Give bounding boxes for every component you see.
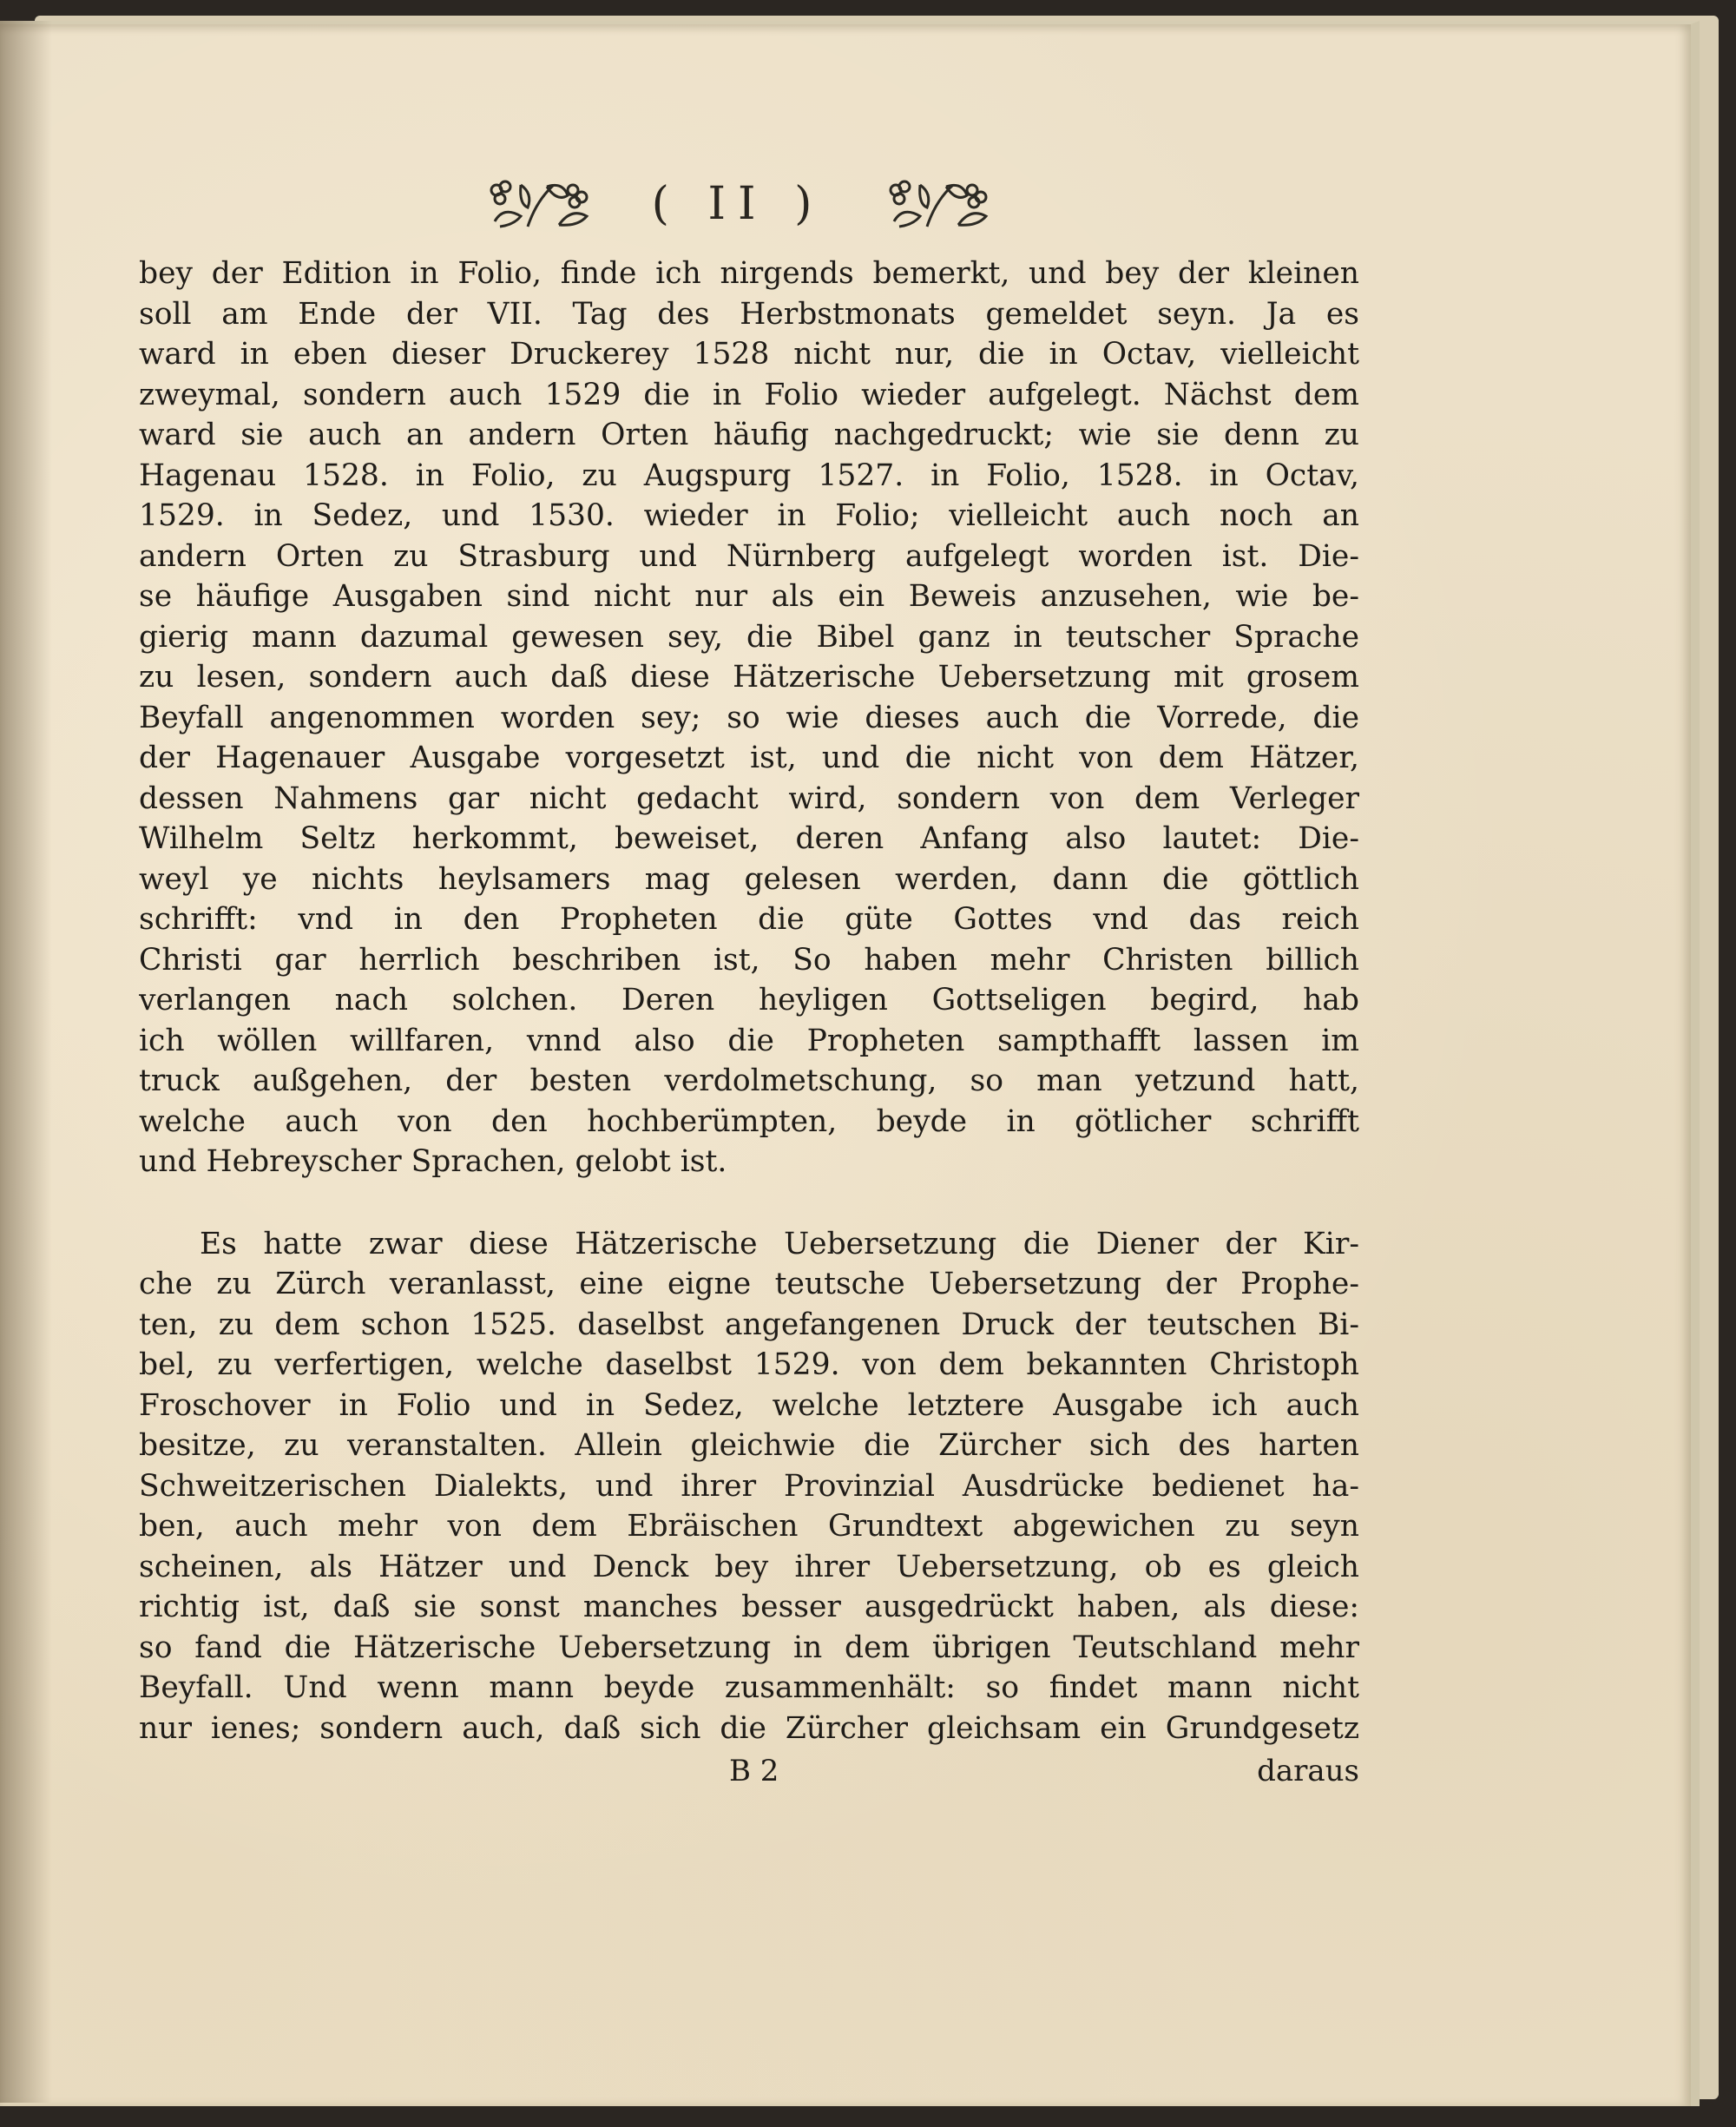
text-line: Wilhelm Seltz herkommt, beweiset, deren …	[139, 819, 1359, 859]
page-footer: B 2 daraus	[139, 1754, 1359, 1797]
text-line: besitze, zu veranstalten. Allein gleichw…	[139, 1426, 1359, 1466]
text-line: dessen Nahmens gar nicht gedacht wird, s…	[139, 779, 1359, 820]
text-line: soll am Ende der VII. Tag des Herbstmona…	[139, 294, 1359, 335]
catchword: daraus	[1257, 1754, 1359, 1788]
text-line: che zu Zürch veranlasst, eine eigne teut…	[139, 1264, 1359, 1305]
text-line: der Hagenauer Ausgabe vorgesetzt ist, un…	[139, 738, 1359, 779]
text-line: richtig ist, daß sie sonst manches besse…	[139, 1587, 1359, 1628]
text-line: Hagenau 1528. in Folio, zu Augspurg 1527…	[139, 456, 1359, 497]
vine-ornament-left-icon	[486, 178, 590, 230]
signature-mark: B 2	[729, 1754, 779, 1788]
text-line: Beyfall angenommen worden sey; so wie di…	[139, 698, 1359, 739]
text-line: zweymal, sondern auch 1529 die in Folio …	[139, 375, 1359, 416]
paragraph-1: bey der Edition in Folio, finde ich nirg…	[139, 254, 1359, 1182]
running-header: ( II )	[486, 174, 990, 234]
text-line: ben, auch mehr von dem Ebräischen Grundt…	[139, 1506, 1359, 1547]
text-line: welche auch von den hochberümpten, beyde…	[139, 1102, 1359, 1143]
text-line: Schweitzerischen Dialekts, und ihrer Pro…	[139, 1466, 1359, 1507]
text-line: Christi gar herrlich beschriben ist, So …	[139, 940, 1359, 981]
text-line: verlangen nach solchen. Deren heyligen G…	[139, 980, 1359, 1021]
text-line: bel, zu verfertigen, welche daselbst 152…	[139, 1345, 1359, 1386]
text-line: weyl ye nichts heylsamers mag gelesen we…	[139, 859, 1359, 900]
body-text: bey der Edition in Folio, finde ich nirg…	[139, 254, 1359, 1748]
text-line: zu lesen, sondern auch daß diese Hätzeri…	[139, 657, 1359, 698]
text-line: andern Orten zu Strasburg und Nürnberg a…	[139, 537, 1359, 577]
text-line: scheinen, als Hätzer und Denck bey ihrer…	[139, 1547, 1359, 1588]
text-line: schrifft: vnd in den Propheten die güte …	[139, 899, 1359, 940]
text-line: so fand die Hätzerische Uebersetzung in …	[139, 1628, 1359, 1669]
text-line: und Hebreyscher Sprachen, gelobt ist.	[139, 1142, 1359, 1182]
text-line: ten, zu dem schon 1525. daselbst angefan…	[139, 1305, 1359, 1346]
text-line: ward in eben dieser Druckerey 1528 nicht…	[139, 334, 1359, 375]
text-line: bey der Edition in Folio, finde ich nirg…	[139, 254, 1359, 294]
paragraph-2: Es hatte zwar diese Hätzerische Ueberset…	[139, 1224, 1359, 1749]
text-line: ward sie auch an andern Orten häufig nac…	[139, 415, 1359, 456]
text-line: Froschover in Folio und in Sedez, welche…	[139, 1386, 1359, 1426]
page-gutter-shadow	[0, 21, 52, 2103]
text-line: 1529. in Sedez, und 1530. wieder in Foli…	[139, 496, 1359, 537]
text-line: Beyfall. Und wenn mann beyde zusammenhäl…	[139, 1668, 1359, 1709]
text-line: truck außgehen, der besten verdolmetschu…	[139, 1061, 1359, 1102]
text-line: se häufige Ausgaben sind nicht nur als e…	[139, 576, 1359, 617]
text-line: gierig mann dazumal gewesen sey, die Bib…	[139, 617, 1359, 658]
text-line: Es hatte zwar diese Hätzerische Ueberset…	[139, 1224, 1359, 1265]
text-line: ich wöllen willfaren, vnnd also die Prop…	[139, 1021, 1359, 1062]
page-number: ( II )	[652, 178, 825, 230]
vine-ornament-right-icon	[885, 178, 990, 230]
text-line: nur ienes; sondern auch, daß sich die Zü…	[139, 1709, 1359, 1749]
